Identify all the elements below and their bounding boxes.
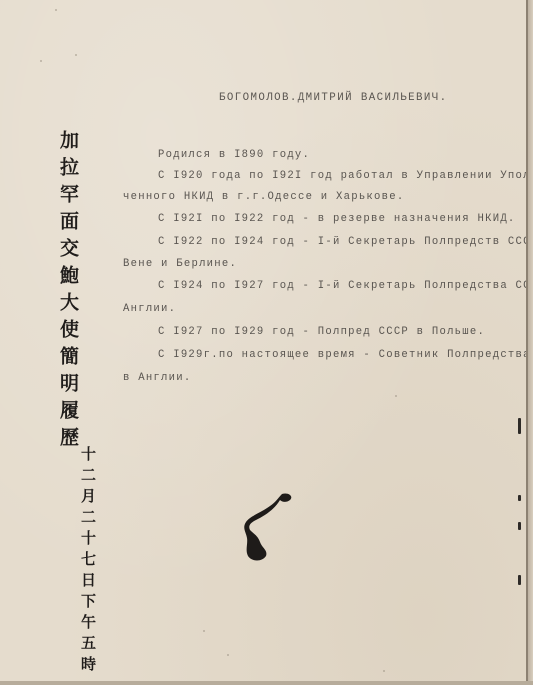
text-line: С I92I по I922 год - в резерве назначени… [158,213,516,225]
text-line: Родился в I890 году. [158,149,310,161]
page-bottom-edge [0,681,533,685]
document-page: БОГОМОЛОВ.ДМИТРИЙ ВАСИЛЬЕВИЧ. Родился в … [0,0,527,685]
text-line: ченного НКИД в г.г.Одессе и Харькове. [123,191,404,203]
paper-speck [55,9,57,11]
ink-blot [238,490,298,565]
paper-speck [227,654,229,656]
text-line: Вене и Берлине. [123,258,237,270]
text-line: С I922 по I924 год - I-й Секретарь Полпр… [158,236,531,248]
document-title: БОГОМОЛОВ.ДМИТРИЙ ВАСИЛЬЕВИЧ. [219,92,448,104]
paper-speck [75,54,77,56]
paper-speck [395,395,397,397]
text-line: С I924 по I927 год - I-й Секретарь Полпр… [158,280,531,292]
handwritten-annotation: 加拉罕面交鮑大使簡明履歷 [58,130,77,454]
bleed-mark [518,522,521,530]
adjacent-page-edge [528,0,533,685]
paper-speck [383,670,385,672]
bleed-mark [518,418,521,434]
paper-speck [40,60,42,62]
handwritten-date: 十二月二十七日下午五時 [80,446,95,677]
text-line: С I920 года по I92I год работал в Управл… [158,170,531,182]
text-line: С I927 по I929 год - Полпред СССР в Поль… [158,326,485,338]
paper-speck [203,630,205,632]
text-line: С I929г.по настоящее время - Советник По… [158,349,531,361]
bleed-mark [518,495,521,501]
text-line: Англии. [123,303,176,315]
bleed-mark [518,575,521,585]
text-line: в Англии. [123,372,191,384]
